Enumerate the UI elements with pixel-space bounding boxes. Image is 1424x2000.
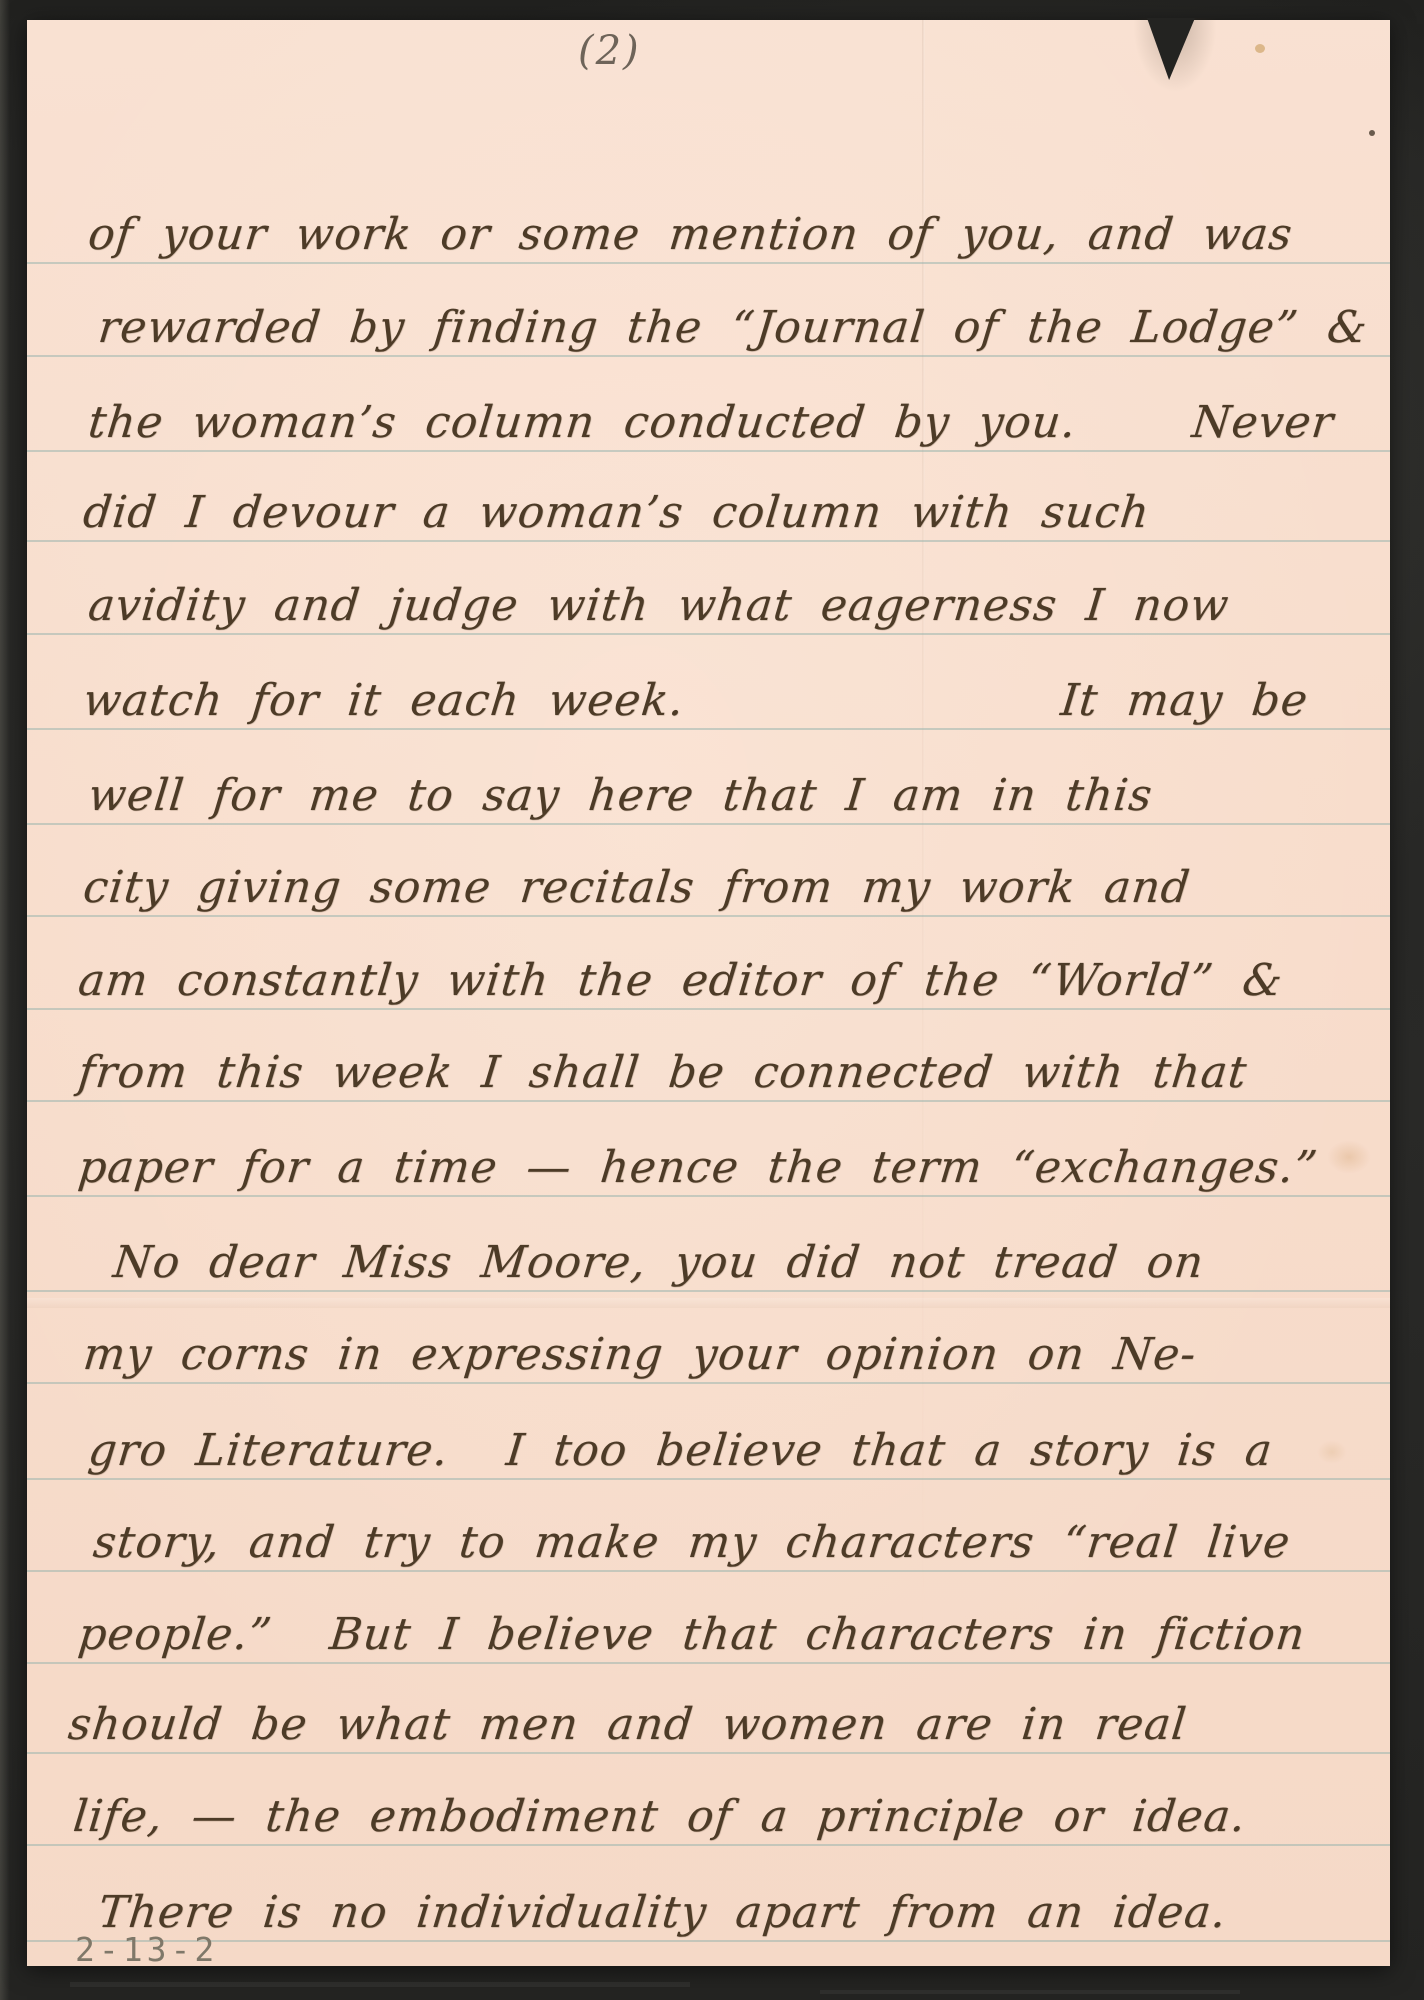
paper-stain bbox=[1255, 44, 1265, 53]
handwriting-line: city giving some recitals from my work a… bbox=[80, 859, 1193, 921]
scan-noise-streak bbox=[820, 1990, 1240, 1994]
scan-noise-streak bbox=[70, 1982, 690, 1987]
handwriting-line: watch for it each week. It may be bbox=[80, 672, 1311, 734]
handwriting-line: should be what men and women are in real bbox=[65, 1696, 1190, 1758]
handwriting-line: There is no individuality apart from an … bbox=[95, 1884, 1230, 1946]
archive-mark: 2-13-2 bbox=[75, 1930, 218, 1969]
handwriting-line: story, and try to make my characters “re… bbox=[90, 1514, 1293, 1576]
page-number: (2) bbox=[578, 28, 641, 74]
handwriting-line: did I devour a woman’s column with such bbox=[80, 484, 1153, 546]
handwriting-line: No dear Miss Moore, you did not tread on bbox=[110, 1234, 1207, 1296]
paper-speck bbox=[1369, 130, 1375, 136]
handwriting-line: people.” But I believe that characters i… bbox=[75, 1606, 1308, 1668]
handwriting-line: the woman’s column conducted by you. Nev… bbox=[85, 394, 1337, 456]
scan-edge-highlight bbox=[0, 0, 10, 2000]
handwriting-line: rewarded by finding the “Journal of the … bbox=[95, 299, 1371, 361]
horizontal-fold-crease bbox=[27, 1298, 1390, 1308]
handwriting-line: well for me to say here that I am in thi… bbox=[85, 767, 1155, 829]
handwriting-line: paper for a time — hence the term “excha… bbox=[75, 1139, 1321, 1201]
handwriting-line: from this week I shall be connected with… bbox=[75, 1044, 1250, 1106]
handwriting-line: my corns in expressing your opinion on N… bbox=[80, 1326, 1199, 1388]
handwriting-line: am constantly with the editor of the “Wo… bbox=[75, 952, 1286, 1014]
handwriting-line: of your work or some mention of you, and… bbox=[85, 206, 1295, 268]
paper-stain bbox=[1317, 1440, 1347, 1464]
paper-stain bbox=[1327, 1140, 1371, 1174]
handwriting-line: avidity and judge with what eagerness I … bbox=[85, 577, 1232, 639]
scanned-letter-page: (2) of your work or some mention of you,… bbox=[0, 0, 1424, 2000]
handwriting-line: gro Literature. I too believe that a sto… bbox=[85, 1422, 1275, 1484]
handwriting-line: life, — the embodiment of a principle or… bbox=[70, 1788, 1249, 1850]
